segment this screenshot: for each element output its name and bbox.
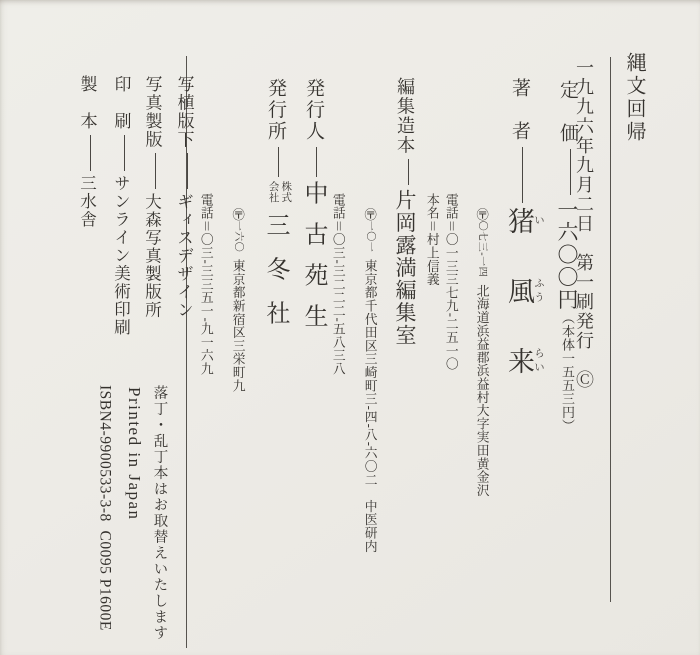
- author-label: 著 者: [509, 78, 530, 143]
- author-phone: 電話＝〇一三三七九-二五一〇: [444, 193, 457, 371]
- production-binding: 製 本三水舎: [62, 55, 112, 229]
- isbn-line: ISBN4-9900533-3-8 C0095 P1600E: [97, 385, 113, 631]
- publisher-postal-code: 一六〇: [233, 221, 244, 253]
- publisher-name: 三冬社: [262, 213, 288, 345]
- author-name-char: 風ふう: [504, 277, 534, 305]
- editor-label: 編集造本: [395, 77, 415, 155]
- author-name-char: 来らい: [504, 347, 534, 375]
- author-address-text: 北海道浜益郡浜益村大字実田黄金沢: [475, 284, 489, 497]
- production-value: 三水舎: [78, 175, 97, 229]
- connector-dash: [187, 153, 188, 189]
- book-title: 縄文回帰: [624, 52, 644, 144]
- author-kanji: 風: [504, 277, 534, 305]
- connector-dash: [124, 135, 125, 171]
- connector-dash: [408, 159, 409, 185]
- printed-in-japan: Printed in Japan: [126, 387, 143, 521]
- connector-dash: [90, 135, 91, 171]
- author-furigana: い: [533, 207, 544, 235]
- postal-mark-icon: 〶: [475, 208, 489, 221]
- author-furigana: らい: [533, 347, 544, 375]
- postal-mark-icon: 〶: [231, 208, 245, 221]
- publisher-address: 〶一六〇東京都新宿区三栄町九: [218, 193, 256, 392]
- editor-address-text: 東京都千代田区三崎町三-四-八-六〇二 中医研内: [363, 259, 377, 553]
- publisher-label: 発行所: [265, 78, 286, 143]
- author-name: 猪い風ふう来らい: [504, 207, 534, 375]
- production-label: 印 刷: [112, 75, 131, 131]
- author-kanji: 来: [504, 347, 534, 375]
- connector-dash: [278, 147, 279, 177]
- postal-mark-icon: 〶: [363, 208, 377, 221]
- editor-address: 〶一〇一東京都千代田区三崎町三-四-八-六〇二 中医研内: [350, 193, 388, 553]
- author-postal-code: 〇七三-一四: [477, 221, 488, 277]
- production-value: ギィスデザイン: [175, 193, 194, 319]
- right-divider-rule: [610, 57, 611, 602]
- connector-dash: [316, 147, 317, 177]
- replacement-note: 落丁・乱丁本はお取替えいたします: [152, 385, 167, 641]
- author-furigana: ふう: [533, 277, 544, 305]
- connector-dash: [570, 149, 571, 195]
- editor-postal-code: 一〇一: [365, 221, 376, 253]
- publisher-address-text: 東京都新宿区三栄町九: [231, 259, 245, 392]
- author-address: 〶〇七三-一四北海道浜益郡浜益村大字実田黄金沢: [462, 193, 500, 497]
- author-name-char: 猪い: [504, 207, 534, 235]
- editor-name: 片岡露満編集室: [393, 189, 417, 347]
- production-value: サンライン美術印刷: [112, 175, 131, 337]
- production-label: 製 本: [78, 75, 97, 131]
- colophon-page: 縄文回帰 一九九六年九月二日 第一刷発行 Ⓒ 定 価一六〇〇円（本体一五五三円）…: [0, 0, 700, 655]
- production-label: 写植版下: [175, 75, 194, 149]
- publisher-corp-prefix: 株式会社: [266, 181, 291, 208]
- connector-dash: [155, 153, 156, 189]
- price-label: 定 価: [557, 80, 578, 145]
- connector-dash: [522, 147, 523, 203]
- price-note: （本体一五五三円）: [560, 311, 575, 433]
- author-kanji: 猪: [504, 207, 534, 235]
